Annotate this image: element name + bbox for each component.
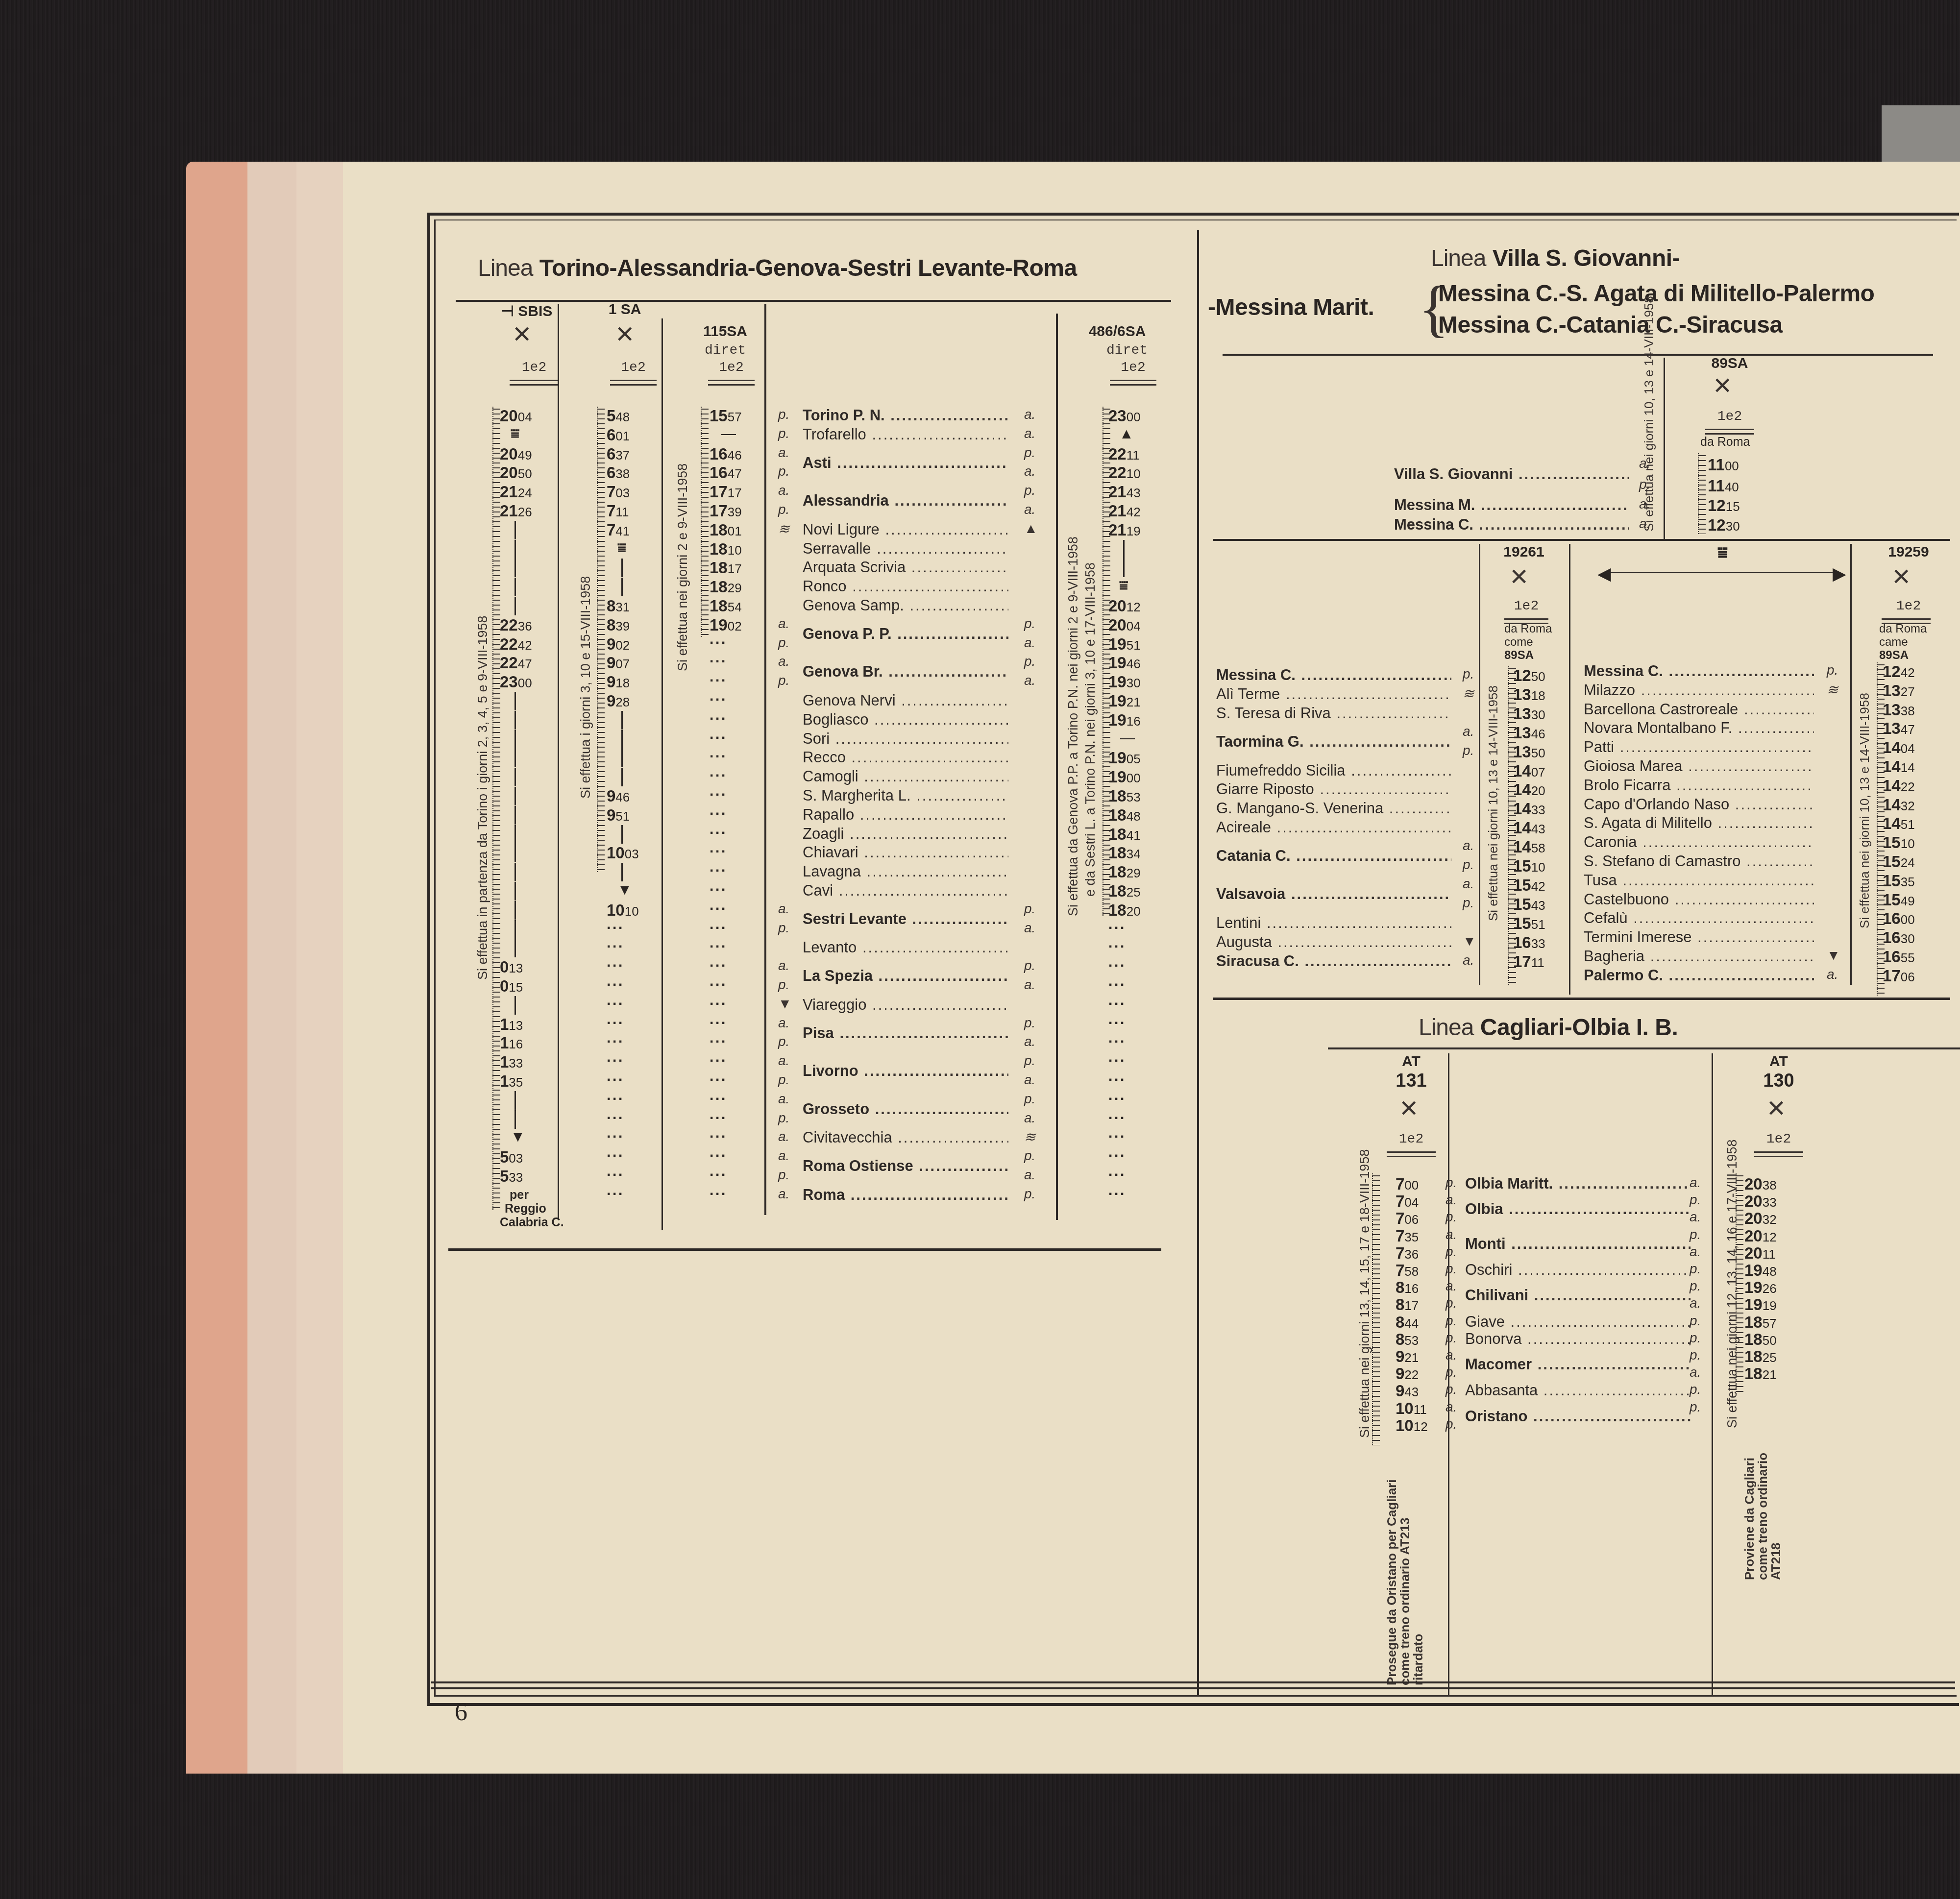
time-hours: 11 <box>1708 456 1725 474</box>
time-minutes: 03 <box>615 486 630 500</box>
leader-dots: ........................................… <box>1635 682 1814 699</box>
time-minutes: 01 <box>728 524 742 538</box>
time-hours: 13 <box>1513 705 1531 723</box>
time-minutes: 43 <box>1127 486 1141 500</box>
time-minutes: 48 <box>1763 1264 1777 1279</box>
class-label: 1e2 <box>1499 599 1553 614</box>
station-label: Messina C. <box>1216 666 1296 683</box>
arr-dep-label: ▼ <box>1463 933 1476 949</box>
time-cell: 1850 <box>1744 1330 1777 1349</box>
crossed-arrows-icon: ✕ <box>1509 563 1529 591</box>
time-cell: 2032 <box>1744 1209 1777 1228</box>
time-cell: 1433 <box>1513 800 1545 818</box>
station-name: Cavi ...................................… <box>803 882 1008 900</box>
time-minutes: 00 <box>1725 459 1739 473</box>
no-service-dots: ··· <box>710 1186 727 1202</box>
arr-dep-label: p. <box>1445 1261 1457 1277</box>
time-minutes: 35 <box>1404 1230 1419 1244</box>
time-minutes: 50 <box>518 466 532 481</box>
station-name: Messina C. .............................… <box>1394 516 1629 534</box>
time-minutes: 33 <box>1531 936 1545 951</box>
no-service-dots: ··· <box>607 920 624 936</box>
time-cell: ··· <box>710 996 727 1013</box>
time-cell: ··· <box>710 1110 727 1127</box>
arr-dep-label: p. <box>778 463 789 479</box>
train-number: 1 SA <box>600 301 649 318</box>
no-service-dots: ··· <box>710 1148 727 1164</box>
no-service-dots: ··· <box>710 768 727 784</box>
time-hours: 18 <box>1108 882 1127 900</box>
leader-dots: ........................................… <box>1637 833 1814 851</box>
station-label: Valsavoia <box>1216 885 1285 902</box>
time-hours: 9 <box>607 692 615 710</box>
time-minutes: 51 <box>1127 638 1141 653</box>
column-rule <box>558 304 559 1220</box>
arr-dep-label: p. <box>1463 895 1474 911</box>
station-label: Novi Ligure <box>803 521 880 538</box>
station-name: Novi Ligure ............................… <box>803 521 1008 538</box>
arr-dep-label: a. <box>1024 1110 1035 1126</box>
pass-through-line <box>621 863 623 881</box>
station-label: Novara Montalbano F. <box>1584 719 1732 736</box>
station-label: Lavagna <box>803 863 861 880</box>
leader-dots: ........................................… <box>858 1062 1008 1079</box>
leader-dots: ........................................… <box>1291 847 1451 864</box>
time-cell: ··· <box>1108 920 1126 937</box>
arr-dep-label: ≋ <box>1024 1129 1035 1145</box>
double-underline <box>708 380 755 386</box>
station-label: Zoagli <box>803 825 844 842</box>
time-minutes: 03 <box>625 847 639 861</box>
time-hours: 19 <box>1108 635 1127 653</box>
leader-dots: ........................................… <box>844 825 1008 842</box>
arr-dep-label: a. <box>778 1091 789 1107</box>
no-service-dots: ··· <box>1108 1148 1126 1164</box>
no-service-dots: ··· <box>710 749 727 765</box>
time-minutes: 11 <box>1127 448 1140 463</box>
no-service-dots: ··· <box>607 1034 624 1050</box>
time-cell: ··· <box>710 920 727 937</box>
leader-dots: ........................................… <box>1614 738 1814 755</box>
time-hours: 20 <box>500 445 518 463</box>
station-name: Oschiri ................................… <box>1465 1261 1690 1279</box>
time-cell: 1853 <box>1108 787 1141 805</box>
time-cell: 2126 <box>500 502 532 520</box>
leader-dots: ........................................… <box>1532 1356 1690 1373</box>
time-cell: ··· <box>710 825 727 842</box>
station-name: Genova Samp. ...........................… <box>803 597 1008 614</box>
arr-dep-label: p. <box>1024 901 1035 917</box>
time-cell: ··· <box>710 673 727 689</box>
wavy-bracket <box>492 407 500 1210</box>
column-rule <box>1850 544 1852 985</box>
time-minutes: 38 <box>1901 704 1915 718</box>
time-hours: 7 <box>1396 1227 1404 1245</box>
class-label: 1e2 <box>1757 1132 1801 1147</box>
class-label: 1e2 <box>706 360 757 375</box>
time-cell: ··· <box>710 749 727 765</box>
station-label: Ronco <box>803 578 847 595</box>
time-hours: 9 <box>1396 1347 1404 1365</box>
leader-dots: ........................................… <box>830 730 1008 747</box>
time-cell: ▲ <box>1108 426 1134 442</box>
arr-dep-label: a. <box>1024 1072 1035 1088</box>
time-minutes: 47 <box>1901 722 1915 737</box>
leader-dots: ........................................… <box>845 1186 1008 1203</box>
arr-dep-label: a. <box>1639 516 1650 532</box>
time-cell: ··· <box>1108 1148 1126 1165</box>
time-minutes: 17 <box>728 486 742 500</box>
time-cell: 2124 <box>500 483 532 501</box>
title-route: Torino-Alessandria-Genova-Sestri Levante… <box>539 255 1077 281</box>
time-cell: 816 <box>1396 1278 1419 1297</box>
time-cell: 1347 <box>1883 719 1915 738</box>
station-name: S. Margherita L. .......................… <box>803 787 1008 804</box>
time-cell: 1451 <box>1883 814 1915 833</box>
leader-dots: ........................................… <box>871 540 1008 557</box>
time-cell: ··· <box>710 730 727 747</box>
station-name: Viareggio ..............................… <box>803 996 1008 1014</box>
leader-dots: ........................................… <box>858 768 1008 785</box>
arr-dep-label: p. <box>1445 1416 1457 1432</box>
time-hours: 14 <box>1883 757 1901 776</box>
no-service-dots: ··· <box>607 1167 624 1183</box>
arr-dep-label: a. <box>778 1148 789 1164</box>
column-rule <box>1712 1053 1713 1695</box>
time-cell: ⩸ <box>500 426 519 442</box>
no-service-dots: ··· <box>607 958 624 974</box>
time-hours: 21 <box>500 483 518 501</box>
arr-dep-label: a. <box>1024 426 1035 441</box>
no-service-dots: ··· <box>1108 1167 1126 1183</box>
time-cell: 1327 <box>1883 682 1915 700</box>
time-cell: ··· <box>710 1091 727 1108</box>
time-minutes: 30 <box>1726 519 1740 534</box>
time-minutes: 48 <box>615 410 630 424</box>
station-label: Genova P. P. <box>803 625 892 642</box>
arr-dep-label: p. <box>1445 1382 1457 1397</box>
station-name: Tusa ...................................… <box>1584 872 1814 889</box>
time-minutes: 38 <box>1763 1178 1777 1193</box>
pass-through-line <box>621 578 623 596</box>
time-cell: 2300 <box>500 673 532 691</box>
wavy-bracket <box>1372 1173 1380 1445</box>
time-hours: 18 <box>1744 1330 1763 1348</box>
leader-dots: ........................................… <box>892 1129 1008 1146</box>
time-hours: 20 <box>1744 1209 1763 1227</box>
time-cell: 1739 <box>710 502 742 520</box>
time-minutes: 24 <box>1901 855 1915 870</box>
no-service-dots: ··· <box>607 1053 624 1069</box>
arr-dep-label: a. <box>1690 1244 1701 1260</box>
time-cell: 013 <box>500 958 523 976</box>
arr-dep-label: a. <box>778 1129 789 1144</box>
pass-through-line <box>514 882 516 901</box>
time-minutes: 41 <box>1127 828 1141 843</box>
arr-dep-label: p. <box>1463 743 1474 758</box>
time-minutes: 13 <box>509 961 523 975</box>
pass-through-line <box>514 996 516 1015</box>
no-service-dots: ··· <box>710 977 727 993</box>
station-label: Villa S. Giovanni <box>1394 465 1513 483</box>
time-cell: ··· <box>710 844 727 860</box>
time-minutes: 00 <box>518 676 532 690</box>
time-cell: ··· <box>710 958 727 974</box>
title-prefix: Linea <box>1431 245 1486 271</box>
pass-through-line <box>1123 540 1125 559</box>
time-cell: ··· <box>1108 1034 1126 1050</box>
station-name: Arquata Scrivia ........................… <box>803 559 1008 576</box>
villa-title-branch2: Messina C.-Catania C.-Siracusa <box>1438 312 1783 339</box>
leader-dots: ........................................… <box>1538 1382 1690 1399</box>
station-name: Bogliasco ..............................… <box>803 711 1008 729</box>
pass-through-line <box>621 749 623 767</box>
train-origin: da Roma <box>1504 622 1552 636</box>
station-name: S. Agata di Militello ..................… <box>1584 814 1814 832</box>
leader-dots: ........................................… <box>1304 733 1451 750</box>
leader-dots: ........................................… <box>1712 814 1814 831</box>
wavy-bracket <box>1736 1173 1743 1394</box>
time-hours: 18 <box>1744 1364 1763 1383</box>
arr-dep-label: a. <box>1639 456 1650 471</box>
time-minutes: 26 <box>1763 1281 1777 1296</box>
class-label: 1e2 <box>1882 599 1935 614</box>
station-label: Genova Br. <box>803 663 883 680</box>
time-cell: ··· <box>710 977 727 994</box>
time-hours: 13 <box>1883 682 1901 700</box>
time-cell: 1350 <box>1513 743 1545 761</box>
time-cell: 1230 <box>1708 516 1740 535</box>
no-service-dots: ··· <box>710 730 727 746</box>
time-cell: 1905 <box>1108 749 1141 767</box>
time-cell: 1010 <box>607 901 639 920</box>
time-minutes: 04 <box>1127 619 1141 633</box>
time-cell: 1422 <box>1883 777 1915 795</box>
arr-dep-label: p. <box>1024 1186 1035 1202</box>
time-cell: 700 <box>1396 1175 1419 1193</box>
no-service-dots: ··· <box>710 882 727 898</box>
arrow-right-icon: ▶ <box>1833 563 1846 584</box>
time-minutes: 07 <box>1531 765 1545 779</box>
time-hours: 22 <box>1108 463 1127 482</box>
no-service-dots: ··· <box>607 977 624 993</box>
time-hours: 13 <box>1883 701 1901 719</box>
arr-dep-label: a. <box>1690 1175 1701 1191</box>
time-hours: 19 <box>1744 1261 1763 1279</box>
train-origin: da Roma <box>1879 622 1927 636</box>
arr-dep-label: a. <box>778 958 789 974</box>
train-type: diret <box>696 343 755 358</box>
time-hours: 5 <box>500 1148 509 1166</box>
time-hours: 18 <box>1108 844 1127 862</box>
time-cell: 817 <box>1396 1295 1419 1314</box>
station-label: Bogliasco <box>803 711 868 728</box>
no-service-dots: ··· <box>710 863 727 879</box>
time-minutes: 28 <box>615 695 630 709</box>
time-hours: 18 <box>1744 1347 1763 1365</box>
arr-dep-label: a. <box>1690 1209 1701 1225</box>
time-cell: 2004 <box>1108 616 1141 634</box>
time-minutes: 29 <box>728 581 742 595</box>
leader-dots: ........................................… <box>854 806 1008 823</box>
station-name: Chilivani ..............................… <box>1465 1287 1690 1304</box>
time-minutes: 58 <box>1404 1264 1419 1279</box>
station-name: Ronco ..................................… <box>803 578 1008 595</box>
time-cell: 135 <box>500 1072 523 1091</box>
arr-dep-label: p. <box>1024 1091 1035 1107</box>
time-cell: 1646 <box>710 445 742 463</box>
time-hours: 5 <box>500 1167 509 1185</box>
time-hours: 17 <box>1513 952 1531 971</box>
station-label: Genova Samp. <box>803 597 904 614</box>
arr-dep-label: p. <box>1445 1175 1457 1191</box>
station-name: Asti ...................................… <box>803 454 1008 472</box>
train-origin: come <box>1504 635 1533 649</box>
time-minutes: 41 <box>615 524 630 538</box>
leader-dots: ........................................… <box>913 1157 1008 1174</box>
time-minutes: 10 <box>1127 466 1141 481</box>
train-number: 486/6SA <box>1078 323 1156 340</box>
time-minutes: 34 <box>1127 847 1141 861</box>
no-service-dots: ··· <box>710 1167 727 1183</box>
time-cell: 946 <box>607 787 630 805</box>
arr-dep-label: p. <box>1024 654 1035 669</box>
footer-rule <box>431 1681 1955 1683</box>
arr-dep-label: p. <box>778 977 789 993</box>
station-label: Roma <box>803 1186 845 1203</box>
time-cell: ··· <box>710 711 727 728</box>
station-label: Olbia Maritt. <box>1465 1175 1553 1192</box>
time-hours: 10 <box>607 901 625 919</box>
time-cell: 1841 <box>1108 825 1141 844</box>
arr-dep-label: a. <box>778 616 789 632</box>
time-hours: 20 <box>500 463 518 482</box>
leader-dots: ........................................… <box>833 882 1008 899</box>
time-minutes: 51 <box>1531 917 1545 932</box>
no-service-dots: ··· <box>710 1015 727 1031</box>
station-label: Levanto <box>803 939 857 956</box>
time-cell: 133 <box>500 1053 523 1071</box>
time-cell: 1930 <box>1108 673 1141 691</box>
leader-dots: ........................................… <box>911 787 1008 804</box>
time-hours: 8 <box>1396 1295 1404 1314</box>
station-name: Livorno ................................… <box>803 1062 1008 1080</box>
time-hours: 13 <box>1513 685 1531 704</box>
villa-bottom-rule <box>1213 539 1950 541</box>
time-cell: ··· <box>607 958 624 974</box>
time-hours: 7 <box>1396 1244 1404 1262</box>
title-prefix: Linea <box>478 255 533 281</box>
no-service-dots: ··· <box>1108 1034 1126 1050</box>
time-cell: 1432 <box>1883 796 1915 814</box>
station-label: Capo d'Orlando Naso <box>1584 796 1729 813</box>
train-note: Si effettua i giorni 3, 10 e 15-VIII-195… <box>578 576 593 799</box>
leader-dots: ........................................… <box>1683 757 1814 775</box>
time-minutes: 47 <box>518 657 532 671</box>
arr-dep-label: a. <box>1024 407 1035 422</box>
station-label: Siracusa C. <box>1216 952 1299 970</box>
time-hours: 20 <box>1108 597 1127 615</box>
arr-dep-label: p. <box>778 502 789 517</box>
time-minutes: 22 <box>1404 1367 1419 1382</box>
leader-dots: ........................................… <box>866 996 1008 1013</box>
arrow-down-icon: ▼ <box>617 882 632 898</box>
station-label: S. Agata di Militello <box>1584 814 1712 831</box>
no-service-dots: ··· <box>1108 1072 1126 1088</box>
time-cell: 1655 <box>1883 948 1915 966</box>
time-cell: 1535 <box>1883 872 1915 890</box>
time-minutes: 10 <box>1901 836 1915 851</box>
station-label: Alessandria <box>803 492 889 509</box>
time-minutes: 06 <box>1901 970 1915 984</box>
time-cell: ··· <box>710 863 727 879</box>
time-minutes: 16 <box>1404 1281 1419 1296</box>
station-label: Oristano <box>1465 1408 1527 1425</box>
no-service-dots: ··· <box>1108 1129 1126 1145</box>
column-rule <box>661 318 663 1230</box>
leader-dots: ........................................… <box>1617 872 1814 889</box>
time-hours: 18 <box>710 540 728 558</box>
leader-dots: ........................................… <box>1527 1408 1690 1425</box>
leader-dots: ........................................… <box>1692 928 1814 946</box>
time-hours: 14 <box>1883 738 1901 756</box>
time-cell: 2236 <box>500 616 532 634</box>
arr-dep-label: a. <box>1445 1227 1457 1242</box>
arr-dep-label: p. <box>1690 1261 1701 1277</box>
time-cell: 1711 <box>1513 952 1544 971</box>
time-cell: 1900 <box>1108 768 1141 786</box>
station-name: Valsavoia ..............................… <box>1216 885 1451 903</box>
time-minutes: 39 <box>728 505 742 519</box>
arr-dep-label: a. <box>778 1186 789 1202</box>
train-note: e da Sestri L. a Torino P.N. nei giorni … <box>1083 562 1098 897</box>
time-hours: 9 <box>1396 1364 1404 1383</box>
arr-dep-label: p. <box>1445 1313 1457 1329</box>
time-cell: ⩸ <box>607 540 626 557</box>
time-cell: 1854 <box>710 597 742 615</box>
title-route: Cagliari-Olbia I. B. <box>1480 1015 1678 1041</box>
time-hours: 16 <box>710 463 728 482</box>
arr-dep-label: a. <box>1445 1347 1457 1363</box>
station-name: S. Stefano di Camastro .................… <box>1584 852 1814 870</box>
time-cell: ··· <box>710 1148 727 1165</box>
time-hours: 6 <box>607 463 615 482</box>
time-minutes: 10 <box>1531 860 1545 875</box>
station-name: Chiavari ...............................… <box>803 844 1008 861</box>
time-cell: ··· <box>607 1053 624 1070</box>
leader-dots: ........................................… <box>1505 1313 1690 1330</box>
time-minutes: 42 <box>518 638 532 653</box>
arr-dep-label: a. <box>1827 967 1838 982</box>
station-label: Patti <box>1584 738 1614 755</box>
arr-dep-label: p. <box>778 920 789 936</box>
time-minutes: 43 <box>1531 822 1545 836</box>
arrow-up-icon: ▲ <box>1119 426 1134 442</box>
time-hours: 18 <box>710 578 728 596</box>
time-hours: 13 <box>1513 724 1531 742</box>
title-branch: Messina C.-Catania C.-Siracusa <box>1438 312 1783 338</box>
time-cell: 1633 <box>1513 933 1545 952</box>
time-minutes: 22 <box>1901 779 1915 794</box>
no-service-dots: ··· <box>607 1110 624 1126</box>
time-cell: 831 <box>607 597 630 615</box>
leader-dots: ........................................… <box>1669 891 1814 908</box>
time-cell: 951 <box>607 806 630 825</box>
time-minutes: 39 <box>615 619 630 633</box>
station-label: Catania C. <box>1216 847 1291 864</box>
station-name: Acireale ...............................… <box>1216 819 1451 836</box>
pass-through-line <box>514 521 516 539</box>
